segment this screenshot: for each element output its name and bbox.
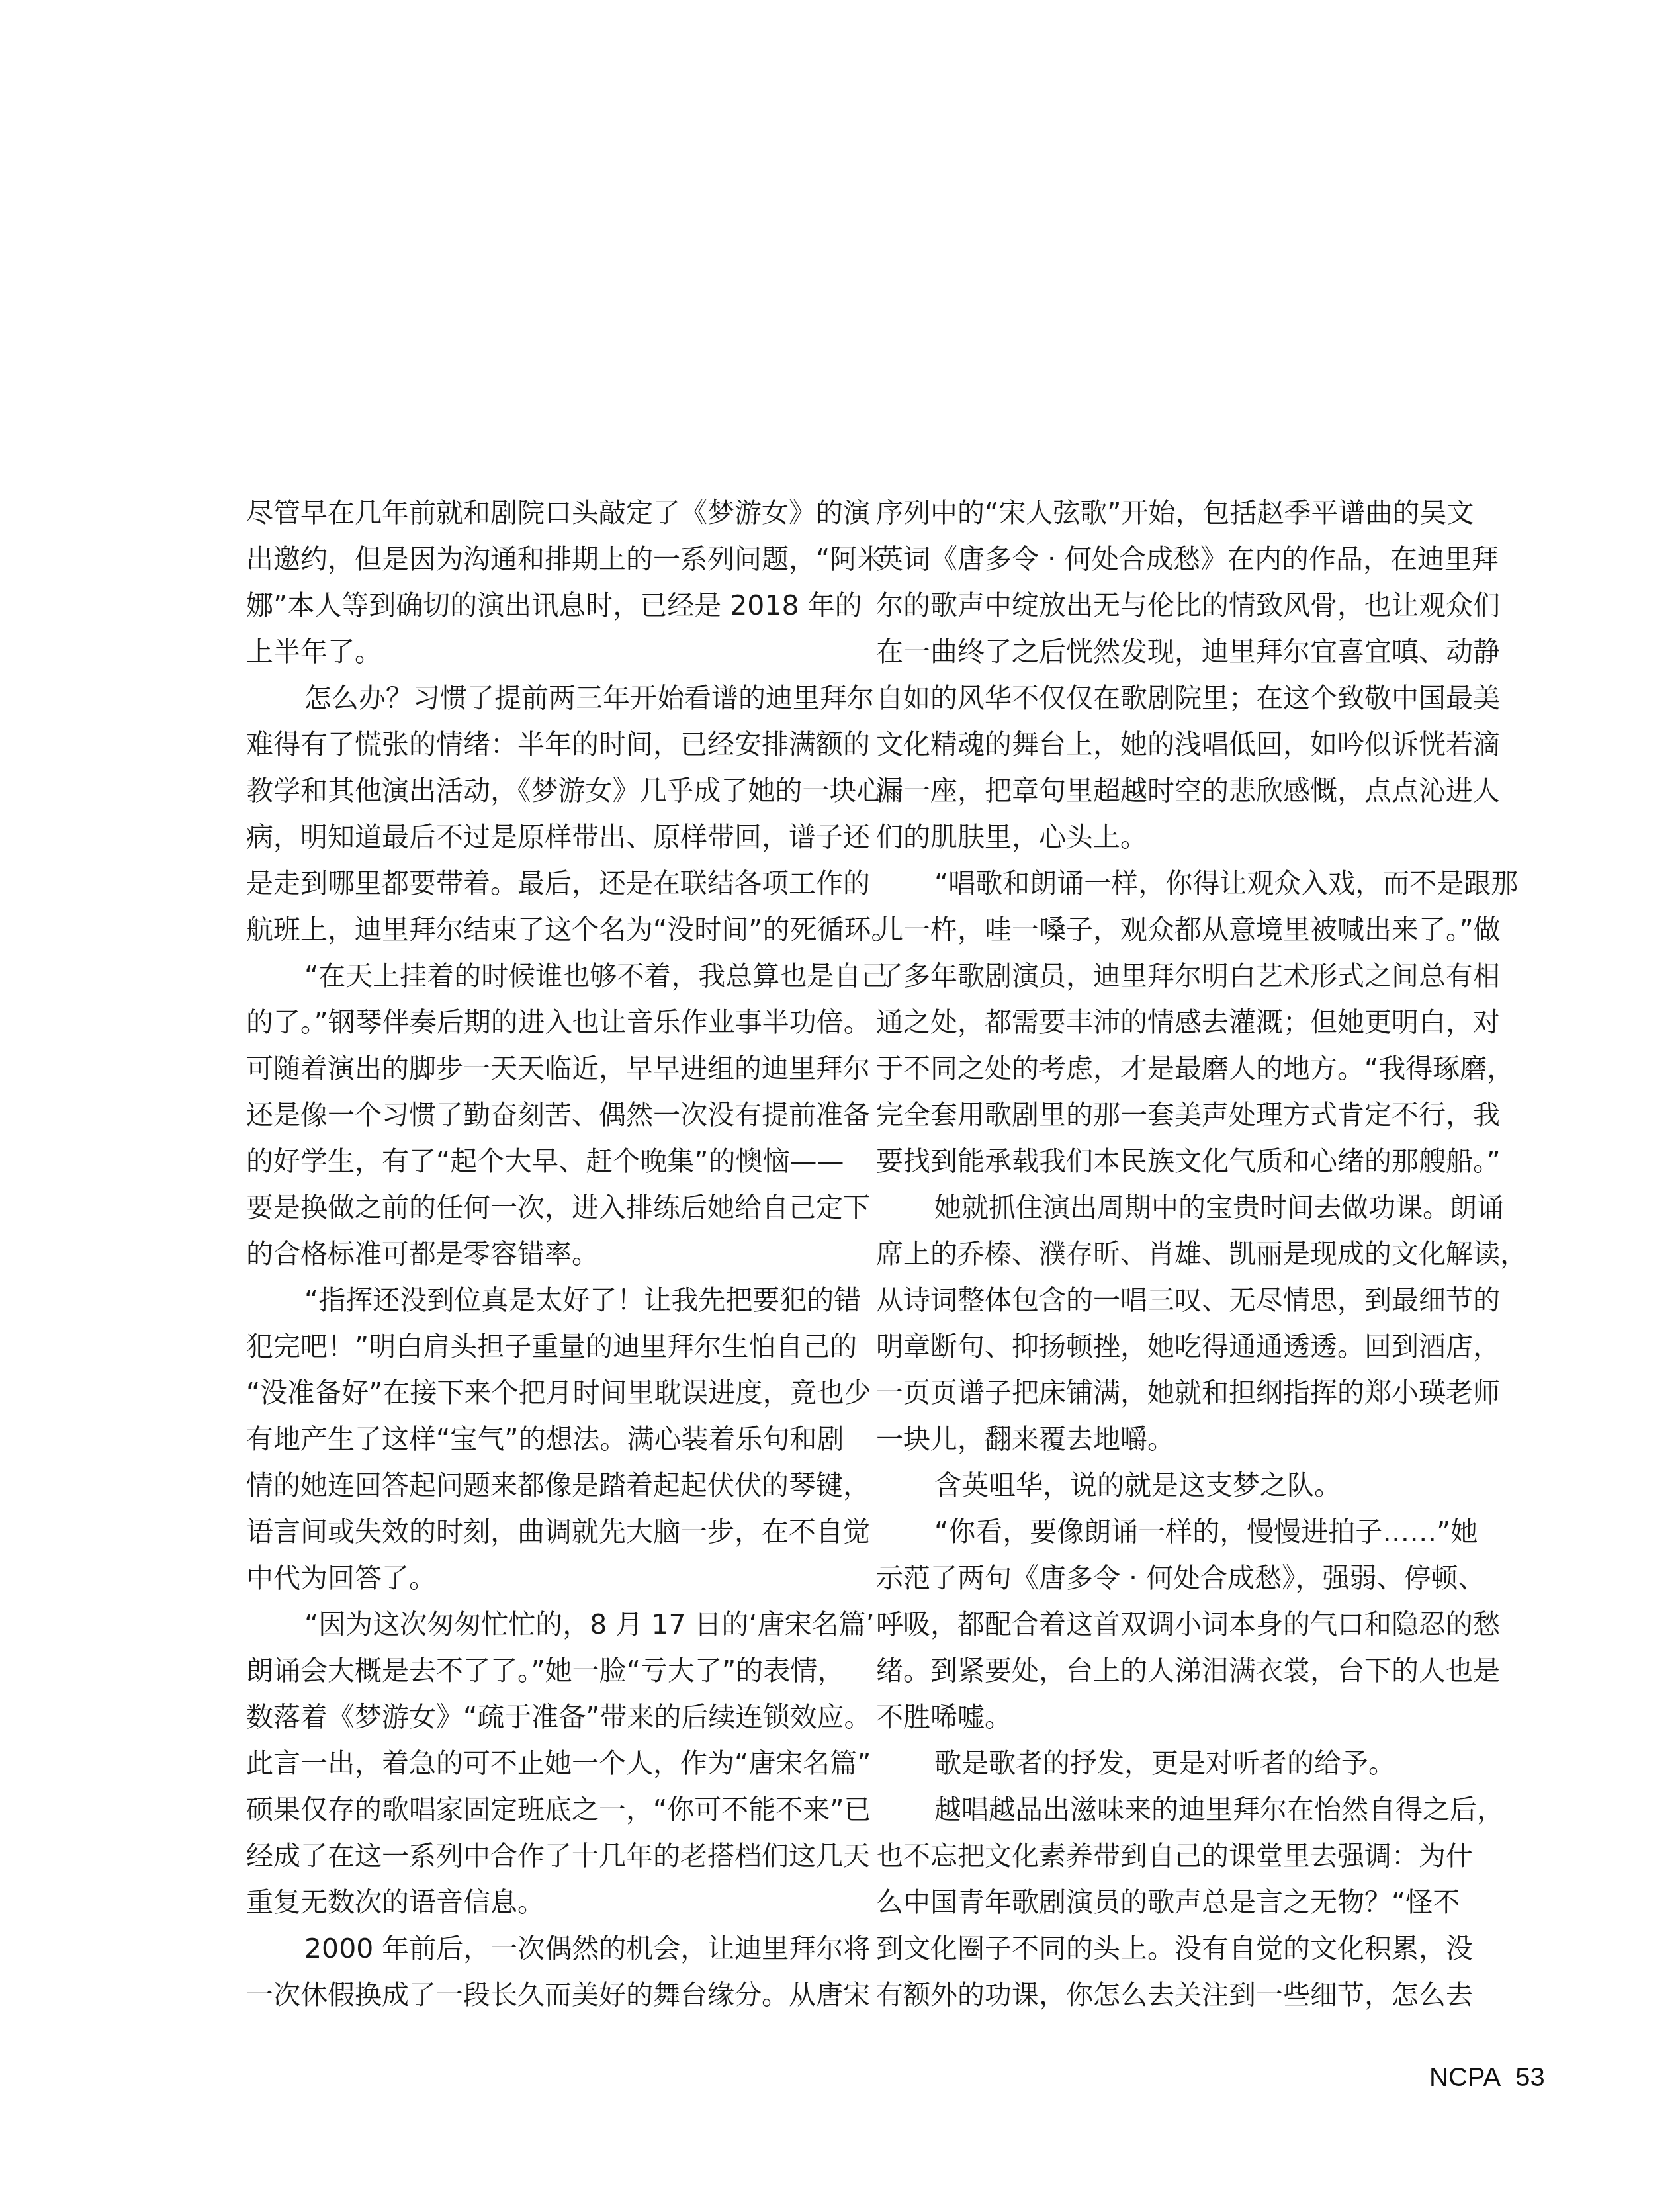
text-line: “你看，要像朗诵一样的，慢慢进拍子……”她 [876, 1509, 1458, 1555]
text-column-left: 尽管早在几年前就和剧院口头敲定了《梦游女》的演出邀约，但是因为沟通和排期上的一系… [246, 490, 828, 2018]
text-line: 有地产生了这样“宝气”的想法。满心装着乐句和剧 [246, 1416, 828, 1462]
text-line: 出邀约，但是因为沟通和排期上的一系列问题，“阿米 [246, 536, 828, 582]
text-line: 英词《唐多令 · 何处合成愁》在内的作品，在迪里拜 [876, 536, 1458, 582]
text-line: 一页页谱子把床铺满，她就和担纲指挥的郑小瑛老师 [876, 1370, 1458, 1416]
text-line: 情的她连回答起问题来都像是踏着起起伏伏的琴键， [246, 1462, 828, 1509]
text-line: 们的肌肤里，心头上。 [876, 814, 1458, 860]
text-line: 她就抓住演出周期中的宝贵时间去做功课。朗诵 [876, 1184, 1458, 1231]
text-line: 漏一座，把章句里超越时空的悲欣感慨，点点沁进人 [876, 767, 1458, 814]
text-line: 明章断句、抑扬顿挫，她吃得通通透透。回到酒店， [876, 1323, 1458, 1370]
text-line: 病，明知道最后不过是原样带出、原样带回，谱子还 [246, 814, 828, 860]
text-line: 娜”本人等到确切的演出讯息时，已经是 2018 年的 [246, 582, 828, 629]
text-line: 要找到能承载我们本民族文化气质和心绪的那艘船。” [876, 1138, 1458, 1184]
text-line: 还是像一个习惯了勤奋刻苦、偶然一次没有提前准备 [246, 1092, 828, 1138]
text-line: 的合格标准可都是零容错率。 [246, 1231, 828, 1277]
text-line: 上半年了。 [246, 629, 828, 675]
text-line: 也不忘把文化素养带到自己的课堂里去强调：为什 [876, 1833, 1458, 1879]
text-line: “没准备好”在接下来个把月时间里耽误进度，竟也少 [246, 1370, 828, 1416]
text-line: 一块儿，翻来覆去地嚼。 [876, 1416, 1458, 1462]
magazine-page: 尽管早在几年前就和剧院口头敲定了《梦游女》的演出邀约，但是因为沟通和排期上的一系… [0, 0, 1680, 2188]
page-footer: NCPA53 [1429, 2063, 1545, 2093]
text-line: “唱歌和朗诵一样，你得让观众入戏，而不是跟那 [876, 860, 1458, 906]
text-line: 的了。”钢琴伴奏后期的进入也让音乐作业事半功倍。 [246, 999, 828, 1045]
text-line: 越唱越品出滋味来的迪里拜尔在怡然自得之后， [876, 1786, 1458, 1833]
text-line: 文化精魂的舞台上，她的浅唱低回，如吟似诉恍若滴 [876, 721, 1458, 767]
text-line: 尔的歌声中绽放出无与伦比的情致风骨，也让观众们 [876, 582, 1458, 629]
text-line: 到文化圈子不同的头上。没有自觉的文化积累，没 [876, 1925, 1458, 1972]
text-line: 的好学生，有了“起个大早、赶个晚集”的懊恼—— [246, 1138, 828, 1184]
page-number: 53 [1515, 2063, 1545, 2092]
text-line: 么中国青年歌剧演员的歌声总是言之无物？“怪不 [876, 1879, 1458, 1925]
text-line: 序列中的“宋人弦歌”开始，包括赵季平谱曲的吴文 [876, 490, 1458, 536]
text-line: 尽管早在几年前就和剧院口头敲定了《梦游女》的演 [246, 490, 828, 536]
text-line: 儿一杵，哇一嗓子，观众都从意境里被喊出来了。”做 [876, 906, 1458, 953]
text-line: 重复无数次的语音信息。 [246, 1879, 828, 1925]
text-line: 不胜唏嘘。 [876, 1694, 1458, 1740]
text-line: 绪。到紧要处，台上的人涕泪满衣裳，台下的人也是 [876, 1647, 1458, 1694]
text-line: 怎么办？习惯了提前两三年开始看谱的迪里拜尔 [246, 675, 828, 721]
text-line: 2000 年前后，一次偶然的机会，让迪里拜尔将 [246, 1925, 828, 1972]
text-line: 完全套用歌剧里的那一套美声处理方式肯定不行，我 [876, 1092, 1458, 1138]
text-line: 了多年歌剧演员，迪里拜尔明白艺术形式之间总有相 [876, 953, 1458, 999]
text-line: 朗诵会大概是去不了了。”她一脸“亏大了”的表情， [246, 1647, 828, 1694]
text-line: 从诗词整体包含的一唱三叹、无尽情思，到最细节的 [876, 1277, 1458, 1323]
text-line: “在天上挂着的时候谁也够不着，我总算也是自己 [246, 953, 828, 999]
text-line: 通之处，都需要丰沛的情感去灌溉；但她更明白，对 [876, 999, 1458, 1045]
text-line: 可随着演出的脚步一天天临近，早早进组的迪里拜尔 [246, 1045, 828, 1092]
text-line: 数落着《梦游女》“疏于准备”带来的后续连锁效应。 [246, 1694, 828, 1740]
text-column-right: 序列中的“宋人弦歌”开始，包括赵季平谱曲的吴文英词《唐多令 · 何处合成愁》在内… [876, 490, 1458, 2018]
text-line: 难得有了慌张的情绪：半年的时间，已经安排满额的 [246, 721, 828, 767]
text-line: 含英咀华，说的就是这支梦之队。 [876, 1462, 1458, 1509]
text-line: 席上的乔榛、濮存昕、肖雄、凯丽是现成的文化解读， [876, 1231, 1458, 1277]
text-line: 自如的风华不仅仅在歌剧院里；在这个致敬中国最美 [876, 675, 1458, 721]
text-line: 呼吸，都配合着这首双调小词本身的气口和隐忍的愁 [876, 1601, 1458, 1647]
text-line: 犯完吧！”明白肩头担子重量的迪里拜尔生怕自己的 [246, 1323, 828, 1370]
text-line: 语言间或失效的时刻，曲调就先大脑一步，在不自觉 [246, 1509, 828, 1555]
text-line: 教学和其他演出活动，《梦游女》几乎成了她的一块心 [246, 767, 828, 814]
text-line: 一次休假换成了一段长久而美好的舞台缘分。从唐宋 [246, 1972, 828, 2018]
text-line: 要是换做之前的任何一次，进入排练后她给自己定下 [246, 1184, 828, 1231]
text-line: 此言一出，着急的可不止她一个人，作为“唐宋名篇” [246, 1740, 828, 1786]
text-line: “指挥还没到位真是太好了！让我先把要犯的错 [246, 1277, 828, 1323]
text-line: 航班上，迪里拜尔结束了这个名为“没时间”的死循环。 [246, 906, 828, 953]
text-line: 硕果仅存的歌唱家固定班底之一，“你可不能不来”已 [246, 1786, 828, 1833]
text-line: 是走到哪里都要带着。最后，还是在联结各项工作的 [246, 860, 828, 906]
text-line: 有额外的功课，你怎么去关注到一些细节，怎么去 [876, 1972, 1458, 2018]
text-line: 歌是歌者的抒发，更是对听者的给予。 [876, 1740, 1458, 1786]
text-line: 于不同之处的考虑，才是最磨人的地方。“我得琢磨， [876, 1045, 1458, 1092]
text-line: “因为这次匆匆忙忙的，8 月 17 日的‘唐宋名篇’ [246, 1601, 828, 1647]
text-line: 示范了两句《唐多令 · 何处合成愁》，强弱、停顿、 [876, 1555, 1458, 1601]
text-line: 经成了在这一系列中合作了十几年的老搭档们这几天 [246, 1833, 828, 1879]
publication-name: NCPA [1429, 2063, 1501, 2092]
text-line: 中代为回答了。 [246, 1555, 828, 1601]
text-line: 在一曲终了之后恍然发现，迪里拜尔宜喜宜嗔、动静 [876, 629, 1458, 675]
